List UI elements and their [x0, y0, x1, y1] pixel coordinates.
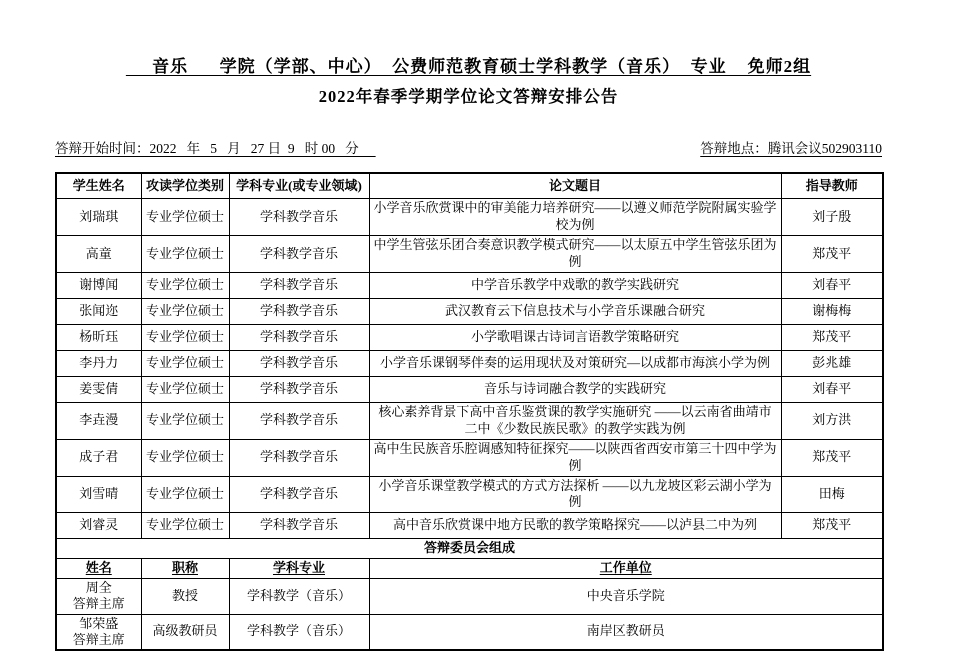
thesis-title: 武汉教育云下信息技术与小学音乐课融合研究 — [369, 299, 781, 325]
student-name: 杨昕珏 — [56, 325, 141, 351]
advisor: 刘春平 — [781, 273, 883, 299]
page-title-line1-text: 音乐 学院（学部、中心） 公费师范教育硕士学科教学（音乐） 专业 免师2组 — [126, 57, 811, 76]
header-student-name: 学生姓名 — [56, 173, 141, 199]
advisor: 刘春平 — [781, 377, 883, 403]
committee-member-name-role: 邹荣盛 答辩主席 — [56, 614, 141, 650]
major: 学科教学音乐 — [229, 351, 369, 377]
student-name: 张闻迩 — [56, 299, 141, 325]
committee-header-major-text: 学科专业 — [273, 560, 325, 575]
advisor: 刘子殷 — [781, 199, 883, 236]
committee-header-title: 职称 — [141, 559, 229, 579]
thesis-title: 高中音乐欣赏课中地方民歌的教学策略探究——以泸县二中为列 — [369, 513, 781, 539]
major: 学科教学音乐 — [229, 236, 369, 273]
thesis-title: 小学音乐欣赏课中的审美能力培养研究——以遵义师范学院附属实验学校为例 — [369, 199, 781, 236]
thesis-title: 高中生民族音乐腔调感知特征探究——以陕西省西安市第三十四中学为例 — [369, 439, 781, 476]
advisor: 郑茂平 — [781, 325, 883, 351]
degree-type: 专业学位硕士 — [141, 236, 229, 273]
header-major: 学科专业(或专业领域) — [229, 173, 369, 199]
student-name: 刘雪晴 — [56, 476, 141, 513]
table-row: 刘瑞琪 专业学位硕士 学科教学音乐 小学音乐欣赏课中的审美能力培养研究——以遵义… — [56, 199, 883, 236]
table-row: 姜雯倩 专业学位硕士 学科教学音乐 音乐与诗词融合教学的实践研究 刘春平 — [56, 377, 883, 403]
committee-header-title-text: 职称 — [172, 560, 198, 575]
degree-type: 专业学位硕士 — [141, 377, 229, 403]
page-title-line1: 音乐 学院（学部、中心） 公费师范教育硕士学科教学（音乐） 专业 免师2组 — [55, 56, 882, 79]
table-row: 杨昕珏 专业学位硕士 学科教学音乐 小学歌唱课古诗词言语教学策略研究 郑茂平 — [56, 325, 883, 351]
major: 学科教学音乐 — [229, 325, 369, 351]
committee-header-name-text: 姓名 — [86, 560, 112, 575]
degree-type: 专业学位硕士 — [141, 273, 229, 299]
committee-member-title: 高级教研员 — [141, 614, 229, 650]
degree-type: 专业学位硕士 — [141, 299, 229, 325]
degree-type: 专业学位硕士 — [141, 199, 229, 236]
committee-header-workplace: 工作单位 — [369, 559, 883, 579]
committee-member-name: 邹荣盛 — [60, 616, 138, 632]
major: 学科教学音乐 — [229, 199, 369, 236]
degree-type: 专业学位硕士 — [141, 351, 229, 377]
committee-row: 周全 答辩主席 教授 学科教学（音乐） 中央音乐学院 — [56, 579, 883, 615]
student-name: 姜雯倩 — [56, 377, 141, 403]
table-row: 刘雪晴 专业学位硕士 学科教学音乐 小学音乐课堂教学模式的方式方法探析 ——以九… — [56, 476, 883, 513]
degree-type: 专业学位硕士 — [141, 325, 229, 351]
degree-type: 专业学位硕士 — [141, 439, 229, 476]
major: 学科教学音乐 — [229, 403, 369, 440]
title-block: 音乐 学院（学部、中心） 公费师范教育硕士学科教学（音乐） 专业 免师2组 20… — [55, 56, 882, 107]
table-row: 李垚漫 专业学位硕士 学科教学音乐 核心素养背景下高中音乐鉴赏课的教学实施研究 … — [56, 403, 883, 440]
thesis-title: 小学音乐课堂教学模式的方式方法探析 ——以九龙坡区彩云湖小学为例 — [369, 476, 781, 513]
advisor: 刘方洪 — [781, 403, 883, 440]
committee-member-name: 周全 — [60, 580, 138, 596]
committee-row: 邹荣盛 答辩主席 高级教研员 学科教学（音乐） 南岸区教研员 — [56, 614, 883, 650]
committee-header-row: 姓名 职称 学科专业 工作单位 — [56, 559, 883, 579]
major: 学科教学音乐 — [229, 513, 369, 539]
defense-info-row: 答辩开始时间：2022 年 5 月 27 日 9 时 00 分 答辩地点：腾讯会… — [55, 137, 882, 157]
committee-member-role: 答辩主席 — [60, 596, 138, 612]
student-name: 成子君 — [56, 439, 141, 476]
student-name: 刘睿灵 — [56, 513, 141, 539]
major: 学科教学音乐 — [229, 377, 369, 403]
table-row: 高童 专业学位硕士 学科教学音乐 中学生管弦乐团合奏意识教学模式研究——以太原五… — [56, 236, 883, 273]
major: 学科教学音乐 — [229, 439, 369, 476]
thesis-title: 小学音乐课钢琴伴奏的运用现状及对策研究—以成都市海滨小学为例 — [369, 351, 781, 377]
degree-type: 专业学位硕士 — [141, 476, 229, 513]
student-name: 谢博闻 — [56, 273, 141, 299]
advisor: 彭兆雄 — [781, 351, 883, 377]
thesis-title: 核心素养背景下高中音乐鉴赏课的教学实施研究 ——以云南省曲靖市二中《少数民族民歌… — [369, 403, 781, 440]
defense-location: 答辩地点：腾讯会议502903110 — [700, 137, 882, 157]
major: 学科教学音乐 — [229, 273, 369, 299]
committee-header-name: 姓名 — [56, 559, 141, 579]
committee-section-title: 答辩委员会组成 — [56, 539, 883, 559]
advisor: 郑茂平 — [781, 439, 883, 476]
defense-start-time: 答辩开始时间：2022 年 5 月 27 日 9 时 00 分 — [55, 137, 376, 157]
committee-member-major: 学科教学（音乐） — [229, 579, 369, 615]
committee-member-workplace: 中央音乐学院 — [369, 579, 883, 615]
committee-member-title: 教授 — [141, 579, 229, 615]
thesis-title: 音乐与诗词融合教学的实践研究 — [369, 377, 781, 403]
committee-section-row: 答辩委员会组成 — [56, 539, 883, 559]
committee-member-role: 答辩主席 — [60, 632, 138, 648]
table-row: 刘睿灵 专业学位硕士 学科教学音乐 高中音乐欣赏课中地方民歌的教学策略探究——以… — [56, 513, 883, 539]
students-header-row: 学生姓名 攻读学位类别 学科专业(或专业领域) 论文题目 指导教师 — [56, 173, 883, 199]
student-name: 李丹力 — [56, 351, 141, 377]
student-name: 李垚漫 — [56, 403, 141, 440]
table-row: 李丹力 专业学位硕士 学科教学音乐 小学音乐课钢琴伴奏的运用现状及对策研究—以成… — [56, 351, 883, 377]
committee-member-name-role: 周全 答辩主席 — [56, 579, 141, 615]
table-row: 谢博闻 专业学位硕士 学科教学音乐 中学音乐教学中戏歌的教学实践研究 刘春平 — [56, 273, 883, 299]
degree-type: 专业学位硕士 — [141, 403, 229, 440]
major: 学科教学音乐 — [229, 299, 369, 325]
advisor: 郑茂平 — [781, 236, 883, 273]
degree-type: 专业学位硕士 — [141, 513, 229, 539]
committee-header-major: 学科专业 — [229, 559, 369, 579]
header-degree-type: 攻读学位类别 — [141, 173, 229, 199]
thesis-title: 中学生管弦乐团合奏意识教学模式研究——以太原五中学生管弦乐团为例 — [369, 236, 781, 273]
table-row: 张闻迩 专业学位硕士 学科教学音乐 武汉教育云下信息技术与小学音乐课融合研究 谢… — [56, 299, 883, 325]
advisor: 郑茂平 — [781, 513, 883, 539]
defense-schedule-table: 学生姓名 攻读学位类别 学科专业(或专业领域) 论文题目 指导教师 刘瑞琪 专业… — [55, 172, 884, 651]
thesis-title: 中学音乐教学中戏歌的教学实践研究 — [369, 273, 781, 299]
advisor: 田梅 — [781, 476, 883, 513]
advisor: 谢梅梅 — [781, 299, 883, 325]
student-name: 高童 — [56, 236, 141, 273]
committee-member-major: 学科教学（音乐） — [229, 614, 369, 650]
header-advisor: 指导教师 — [781, 173, 883, 199]
major: 学科教学音乐 — [229, 476, 369, 513]
thesis-title: 小学歌唱课古诗词言语教学策略研究 — [369, 325, 781, 351]
committee-member-workplace: 南岸区教研员 — [369, 614, 883, 650]
announcement-document: 音乐 学院（学部、中心） 公费师范教育硕士学科教学（音乐） 专业 免师2组 20… — [0, 0, 964, 651]
header-thesis-title: 论文题目 — [369, 173, 781, 199]
committee-header-workplace-text: 工作单位 — [600, 560, 652, 575]
table-row: 成子君 专业学位硕士 学科教学音乐 高中生民族音乐腔调感知特征探究——以陕西省西… — [56, 439, 883, 476]
student-name: 刘瑞琪 — [56, 199, 141, 236]
page-title-line2: 2022年春季学期学位论文答辩安排公告 — [55, 83, 882, 107]
